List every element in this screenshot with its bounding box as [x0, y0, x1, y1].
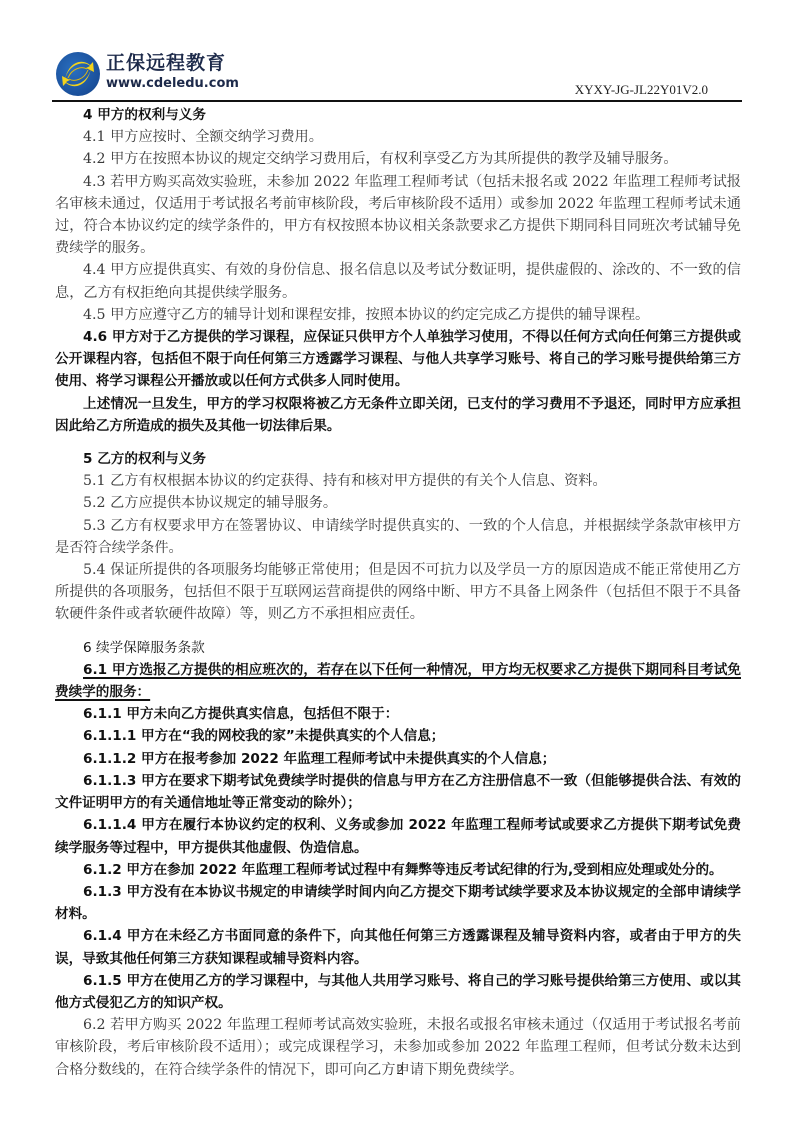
brand-block: 正保远程教育 www.cdeledu.com	[106, 52, 239, 92]
document-body: 4 甲方的权利与义务 4.1 甲方应按时、全额交纳学习费用。 4.2 甲方在按照…	[55, 104, 741, 1081]
clause-6-1-1-1: 6.1.1.1 甲方在“我的网校我的家”未提供真实的个人信息；	[55, 725, 741, 747]
section-gap	[55, 437, 741, 448]
header-divider	[52, 100, 742, 102]
section-heading-6: 6 续学保障服务条款	[55, 637, 741, 659]
clause-6-1-3: 6.1.3 甲方没有在本协议书规定的申请续学时间内向乙方提交下期考试续学要求及本…	[55, 881, 741, 925]
clause-4-6: 4.6 甲方对于乙方提供的学习课程，应保证只供甲方个人单独学习使用，不得以任何方…	[55, 326, 741, 393]
clause-4-1: 4.1 甲方应按时、全额交纳学习费用。	[55, 126, 741, 148]
clause-6-1-1-3: 6.1.1.3 甲方在要求下期考试免费续学时提供的信息与甲方在乙方注册信息不一致…	[55, 770, 741, 814]
section-gap	[55, 626, 741, 637]
brand-name: 正保远程教育	[106, 52, 239, 74]
clause-6-1-4: 6.1.4 甲方在未经乙方书面同意的条件下，向其他任何第三方透露课程及辅导资料内…	[55, 925, 741, 969]
section-heading-4: 4 甲方的权利与义务	[55, 104, 741, 126]
clause-5-4: 5.4 保证所提供的各项服务均能够正常使用；但是因不可抗力以及学员一方的原因造成…	[55, 559, 741, 626]
clause-4-5: 4.5 甲方应遵守乙方的辅导计划和课程安排，按照本协议的约定完成乙方提供的辅导课…	[55, 304, 741, 326]
clause-5-2: 5.2 乙方应提供本协议规定的辅导服务。	[55, 492, 741, 514]
clause-6-1: 6.1 甲方选报乙方提供的相应班次的，若存在以下任何一种情况，甲方均无权要求乙方…	[55, 659, 741, 703]
brand-url: www.cdeledu.com	[106, 76, 239, 92]
clause-6-1-1: 6.1.1 甲方未向乙方提供真实信息，包括但不限于：	[55, 703, 741, 725]
clause-5-1: 5.1 乙方有权根据本协议的约定获得、持有和核对甲方提供的有关个人信息、资料。	[55, 470, 741, 492]
clause-4-4: 4.4 甲方应提供真实、有效的身份信息、报名信息以及考试分数证明，提供虚假的、涂…	[55, 259, 741, 303]
document-code: XYXY-JG-JL22Y01V2.0	[575, 82, 708, 98]
section-heading-5: 5 乙方的权利与义务	[55, 448, 741, 470]
clause-4-note: 上述情况一旦发生，甲方的学习权限将被乙方无条件立即关闭，已支付的学习费用不予退还…	[55, 393, 741, 437]
clause-6-1-5: 6.1.5 甲方在使用乙方的学习课程中，与其他人共用学习账号、将自己的学习账号提…	[55, 970, 741, 1014]
clause-6-1-2: 6.1.2 甲方在参加 2022 年监理工程师考试过程中有舞弊等违反考试纪律的行…	[55, 859, 741, 881]
zhengbao-logo-icon	[56, 52, 100, 96]
page-header: 正保远程教育 www.cdeledu.com XYXY-JG-JL22Y01V2…	[52, 44, 742, 102]
clause-4-3: 4.3 若甲方购买高效实验班，未参加 2022 年监理工程师考试（包括未报名或 …	[55, 171, 741, 260]
clause-4-2: 4.2 甲方在按照本协议的规定交纳学习费用后，有权利享受乙方为其所提供的教学及辅…	[55, 148, 741, 170]
page-number: 2	[0, 1063, 800, 1079]
clause-6-1-1-2: 6.1.1.2 甲方在报考参加 2022 年监理工程师考试中未提供真实的个人信息…	[55, 748, 741, 770]
clause-5-3: 5.3 乙方有权要求甲方在签署协议、申请续学时提供真实的、一致的个人信息，并根据…	[55, 515, 741, 559]
clause-6-1-1-4: 6.1.1.4 甲方在履行本协议约定的权利、义务或参加 2022 年监理工程师考…	[55, 814, 741, 858]
